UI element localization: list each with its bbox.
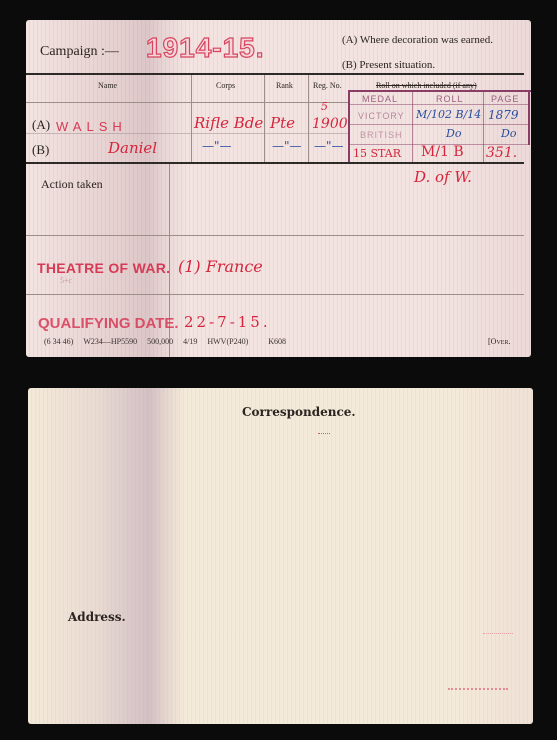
row-a-prefix: (A) bbox=[32, 117, 50, 133]
page-victory: 1879 bbox=[488, 108, 519, 122]
medal-victory: VICTORY bbox=[358, 111, 405, 121]
divider bbox=[191, 75, 192, 162]
divider bbox=[308, 75, 309, 162]
theatre-value: (1) France bbox=[178, 257, 263, 276]
roll-star: M/1 B bbox=[421, 144, 464, 160]
col-header-corps: Corps bbox=[216, 81, 235, 90]
campaign-label: Campaign :— bbox=[40, 44, 119, 60]
forename: Daniel bbox=[108, 139, 157, 157]
surname: WALSH bbox=[56, 119, 127, 134]
col-header-name: Name bbox=[98, 81, 117, 90]
reg-no-value: 1900 bbox=[312, 116, 348, 132]
roll-british: Do bbox=[446, 127, 461, 140]
over-label: [Over. bbox=[488, 337, 510, 346]
page-header: PAGE bbox=[491, 94, 519, 104]
roll-victory: M/102 B/14 bbox=[416, 108, 481, 121]
rank-value: Pte bbox=[270, 114, 295, 132]
medal-header: MEDAL bbox=[362, 94, 398, 104]
faded-stamp-mark bbox=[483, 633, 513, 640]
page-british: Do bbox=[501, 127, 516, 140]
reg-ditto: —"— bbox=[314, 139, 344, 153]
section-rule bbox=[26, 162, 524, 164]
note-a: (A) Where decoration was earned. bbox=[342, 34, 493, 46]
row-line bbox=[26, 102, 348, 103]
corps-value: Rifle Bde bbox=[194, 114, 263, 132]
roll-header: ROLL bbox=[436, 94, 464, 104]
campaign-year-stamp: 1914-15. bbox=[146, 32, 265, 64]
qualifying-date-label: QUALIFYING DATE. bbox=[38, 315, 179, 332]
row-b-prefix: (B) bbox=[32, 142, 49, 158]
col-header-rank: Rank bbox=[276, 81, 293, 90]
row-line bbox=[26, 235, 524, 236]
corps-ditto: —"— bbox=[202, 139, 232, 153]
faded-stamp-mark bbox=[448, 678, 508, 690]
medal-british: BRITISH bbox=[360, 130, 403, 140]
header-rule bbox=[26, 73, 524, 75]
action-taken-label: Action taken bbox=[41, 177, 103, 192]
page-star: 351. bbox=[486, 145, 517, 161]
reg-no-top: 5 bbox=[321, 100, 328, 113]
col-header-reg-no: Reg. No. bbox=[313, 81, 342, 90]
correspondence-label: Correspondence. bbox=[242, 405, 356, 419]
print-codes: (6 34 46) W234—HP5590 500,000 4/19 HWV(P… bbox=[44, 337, 286, 346]
theatre-label: THEATRE OF WAR. bbox=[37, 260, 170, 276]
row-line bbox=[26, 294, 524, 295]
ink-speck bbox=[318, 433, 330, 438]
action-taken-value: D. of W. bbox=[414, 168, 472, 186]
divider bbox=[264, 75, 265, 162]
qualifying-date-value: 22-7-15. bbox=[184, 313, 271, 331]
note-b: (B) Present situation. bbox=[342, 59, 435, 71]
address-label: Address. bbox=[68, 610, 126, 624]
rank-ditto: —"— bbox=[272, 139, 302, 153]
medal-index-card-front: Campaign :— 1914-15. (A) Where decoratio… bbox=[26, 20, 531, 357]
col-header-roll: Roll on which included (if any) bbox=[376, 81, 477, 90]
medal-star: 15 STAR bbox=[353, 147, 401, 160]
theatre-note: 5+c bbox=[60, 276, 72, 285]
medal-index-card-back: Correspondence. Address. bbox=[28, 388, 533, 724]
